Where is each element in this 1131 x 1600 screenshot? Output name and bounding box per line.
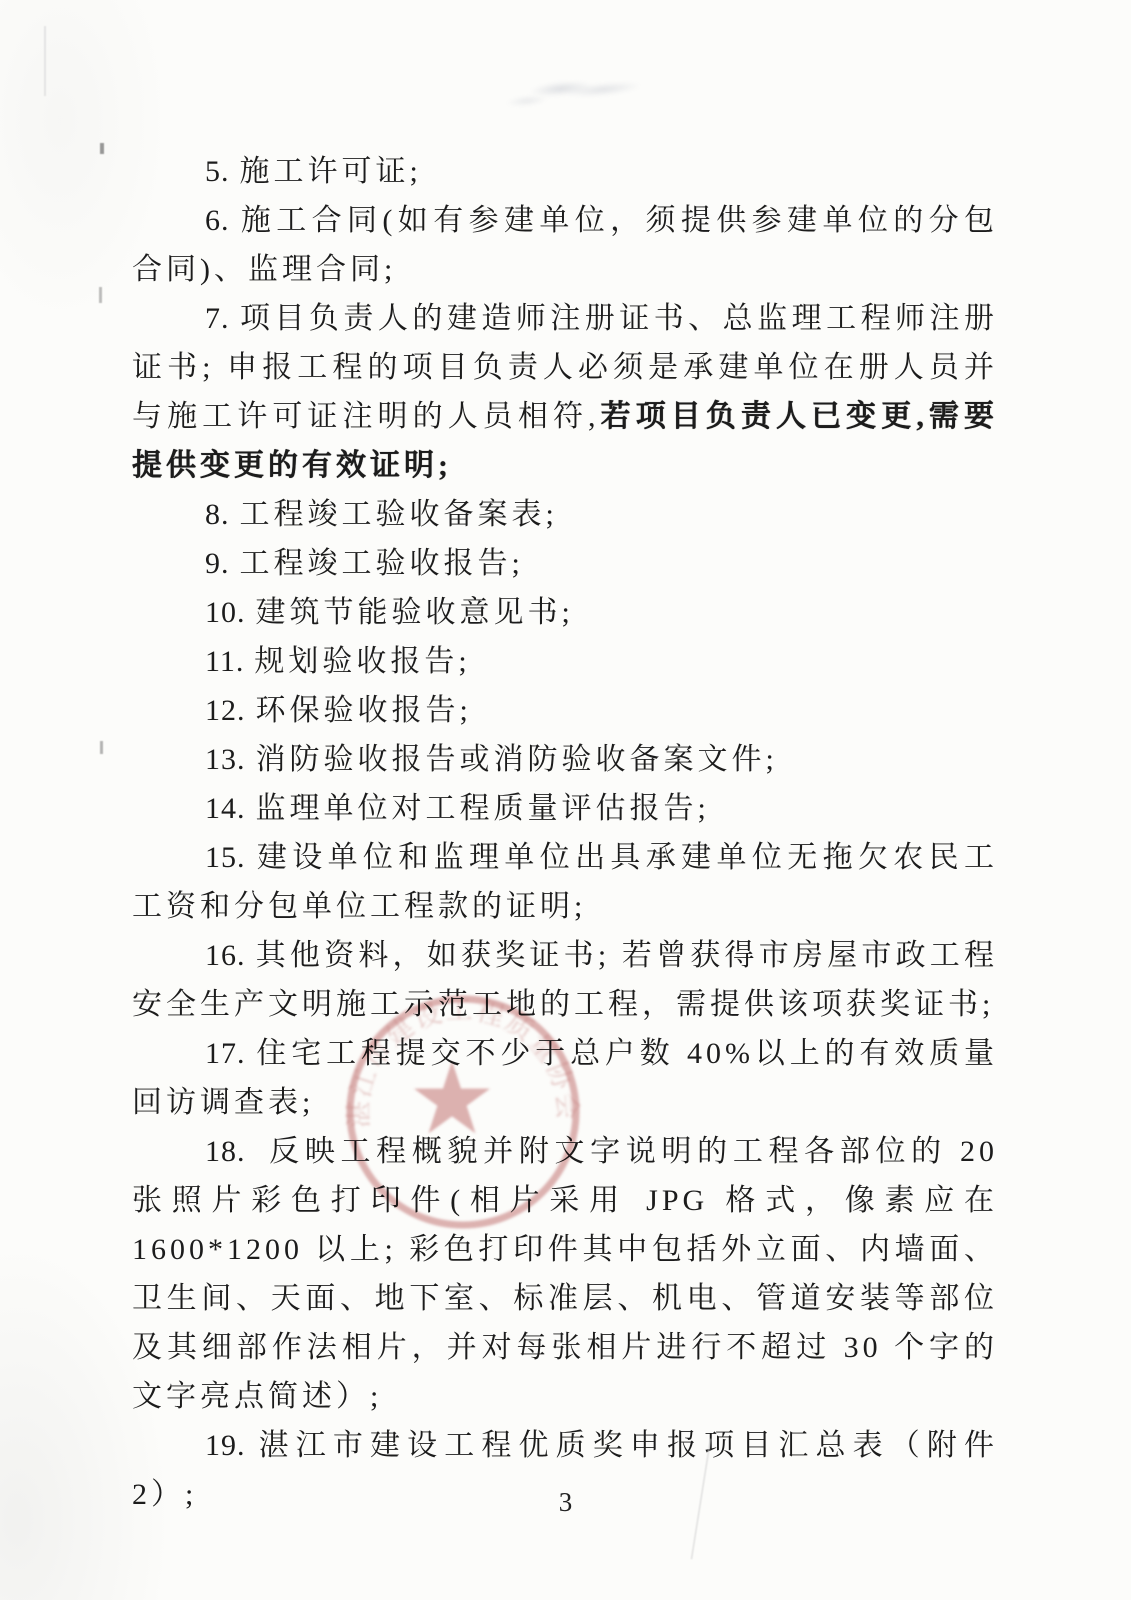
item-text: 反映工程概貌并附文字说明的工程各部位的 20 张照片彩色打印件(相片采用 JPG… bbox=[132, 1135, 998, 1413]
list-item-6: 6.施工合同(如有参建单位，须提供参建单位的分包合同)、监理合同; bbox=[132, 196, 998, 294]
scan-smudge-artifact bbox=[504, 65, 647, 113]
list-item-5: 5.施工许可证; bbox=[132, 147, 998, 196]
item-number: 13. bbox=[205, 743, 246, 776]
item-text: 规划验收报告; bbox=[254, 645, 470, 678]
item-text: 建筑节能验收意见书; bbox=[256, 596, 574, 629]
item-number: 5. bbox=[205, 155, 230, 188]
item-text: 施工合同(如有参建单位，须提供参建单位的分包合同)、监理合同; bbox=[132, 204, 998, 286]
list-item-11: 11.规划验收报告; bbox=[132, 637, 998, 686]
item-text: 工程竣工验收报告; bbox=[240, 547, 524, 580]
scan-speck-artifact bbox=[100, 741, 103, 754]
list-item-13: 13.消防验收报告或消防验收备案文件; bbox=[132, 735, 998, 784]
list-item-8: 8.工程竣工验收备案表; bbox=[132, 490, 998, 539]
scan-edge-line-artifact bbox=[44, 26, 46, 96]
list-item-15: 15.建设单位和监理单位出具承建单位无拖欠农民工工资和分包单位工程款的证明; bbox=[132, 833, 998, 931]
item-text: 环保验收报告; bbox=[256, 694, 472, 727]
item-number: 9. bbox=[205, 547, 230, 580]
item-number: 16. bbox=[205, 939, 246, 972]
list-item-10: 10.建筑节能验收意见书; bbox=[132, 588, 998, 637]
item-number: 7. bbox=[205, 302, 230, 335]
item-text: 工程竣工验收备案表; bbox=[240, 498, 558, 531]
item-number: 18. bbox=[205, 1135, 246, 1168]
list-item-17: 17.住宅工程提交不少于总户数 40%以上的有效质量回访调查表; bbox=[132, 1029, 998, 1127]
item-text: 施工许可证; bbox=[240, 155, 422, 188]
item-number: 19. bbox=[205, 1429, 246, 1462]
item-number: 11. bbox=[205, 645, 244, 678]
item-number: 12. bbox=[205, 694, 246, 727]
item-number: 14. bbox=[205, 792, 246, 825]
scan-speck-artifact bbox=[100, 143, 104, 154]
list-item-12: 12.环保验收报告; bbox=[132, 686, 998, 735]
document-body: 5.施工许可证; 6.施工合同(如有参建单位，须提供参建单位的分包合同)、监理合… bbox=[132, 147, 998, 1519]
item-number: 6. bbox=[205, 204, 230, 237]
item-text: 监理单位对工程质量评估报告; bbox=[256, 792, 710, 825]
item-number: 17. bbox=[205, 1037, 246, 1070]
item-text: 其他资料，如获奖证书; 若曾获得市房屋市政工程安全生产文明施工示范工地的工程，需… bbox=[132, 939, 998, 1021]
item-number: 15. bbox=[205, 841, 246, 874]
scan-speck-artifact bbox=[99, 287, 102, 303]
item-text: 消防验收报告或消防验收备案文件; bbox=[256, 743, 778, 776]
list-item-16: 16.其他资料，如获奖证书; 若曾获得市房屋市政工程安全生产文明施工示范工地的工… bbox=[132, 931, 998, 1029]
list-item-14: 14.监理单位对工程质量评估报告; bbox=[132, 784, 998, 833]
list-item-18: 18.反映工程概貌并附文字说明的工程各部位的 20 张照片彩色打印件(相片采用 … bbox=[132, 1127, 998, 1421]
page-number: 3 bbox=[0, 1487, 1131, 1518]
list-item-9: 9.工程竣工验收报告; bbox=[132, 539, 998, 588]
item-text: 建设单位和监理单位出具承建单位无拖欠农民工工资和分包单位工程款的证明; bbox=[132, 841, 998, 923]
item-number: 10. bbox=[205, 596, 246, 629]
item-number: 8. bbox=[205, 498, 230, 531]
list-item-7: 7.项目负责人的建造师注册证书、总监理工程师注册证书; 申报工程的项目负责人必须… bbox=[132, 294, 998, 490]
item-text: 住宅工程提交不少于总户数 40%以上的有效质量回访调查表; bbox=[132, 1037, 998, 1119]
